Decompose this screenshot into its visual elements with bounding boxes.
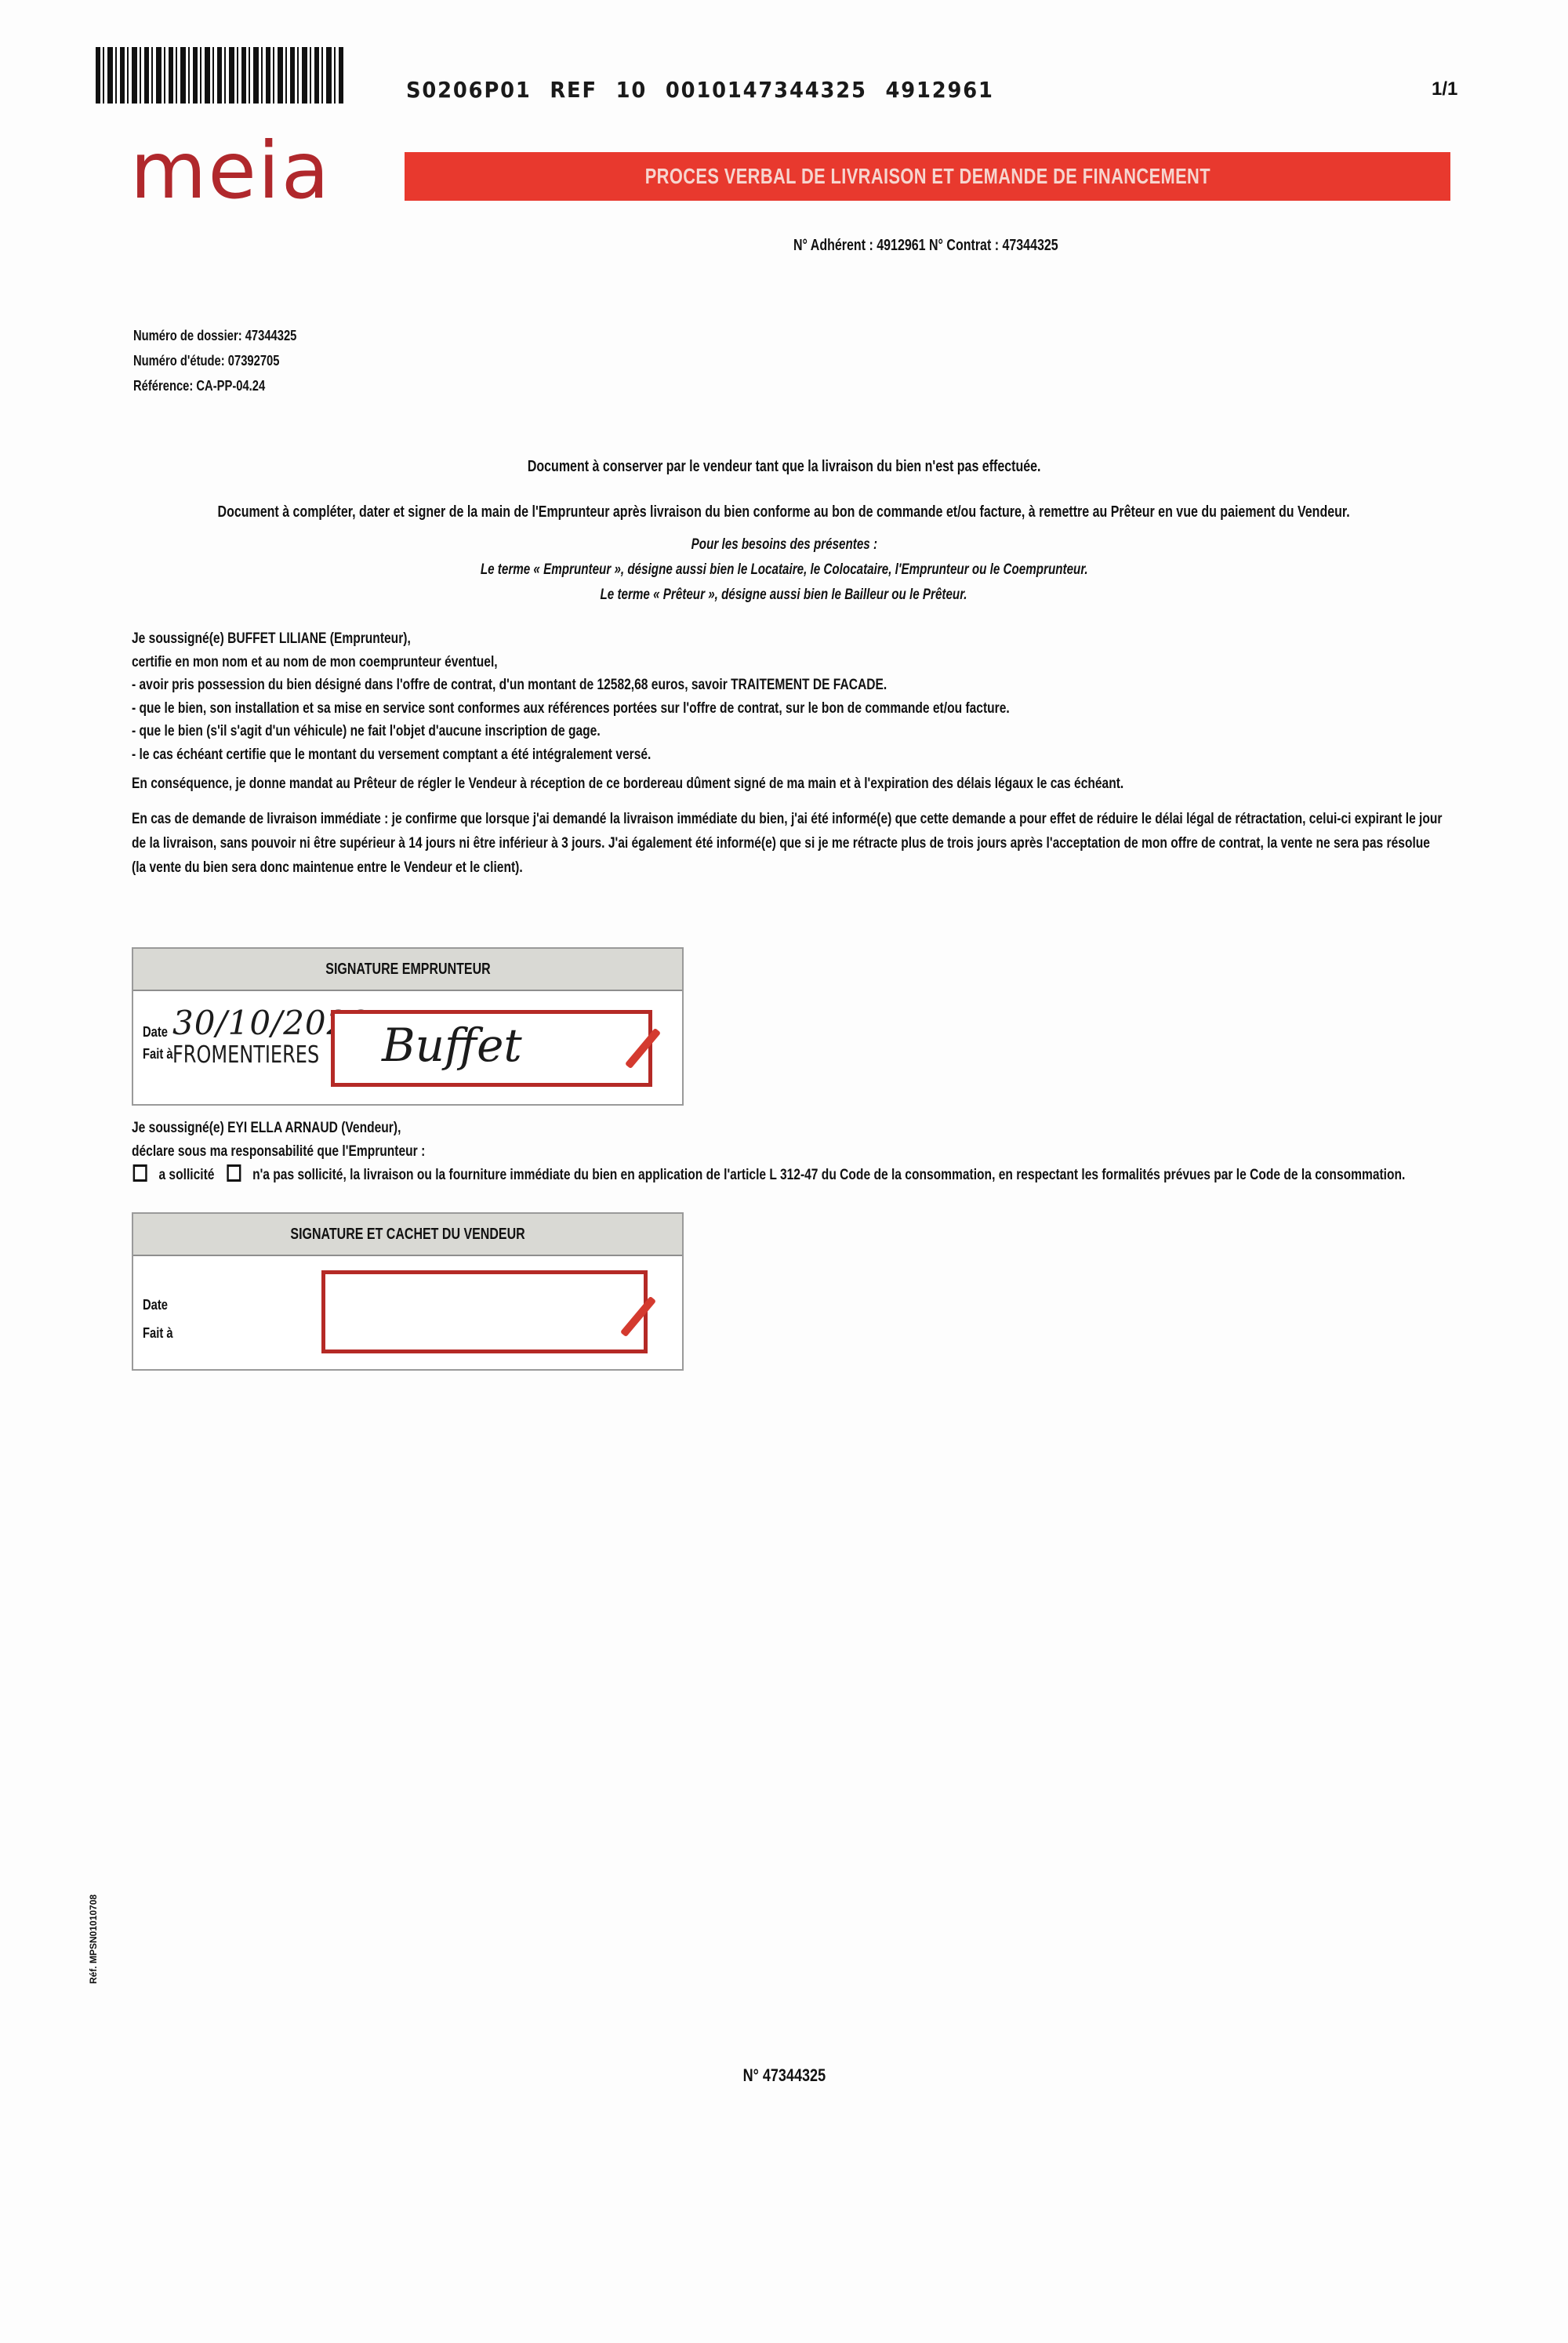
instruction-keep-text: Document à conserver par le vendeur tant… xyxy=(528,458,1041,476)
document-title: PROCES VERBAL DE LIVRAISON ET DEMANDE DE… xyxy=(644,164,1210,189)
meia-logo: meia xyxy=(130,132,331,210)
option-not-solicited-label: n'a pas sollicité, la livraison ou la fo… xyxy=(252,1167,1405,1183)
adherent-contract-numbers: N° Adhérent : 4912961 N° Contrat : 47344… xyxy=(793,237,1058,255)
definition-emprunteur: Le terme « Emprunteur », désigne aussi b… xyxy=(0,561,1568,579)
instruction-keep: Document à conserver par le vendeur tant… xyxy=(0,458,1568,476)
checkbox-not-solicited[interactable] xyxy=(227,1164,241,1182)
document-page: S0206P01 REF 10 0010147344325 4912961 1/… xyxy=(0,0,1568,2343)
checkbox-solicited[interactable] xyxy=(133,1164,147,1182)
borrower-signature-box: SIGNATURE EMPRUNTEUR Date Fait à 30/10/2… xyxy=(132,947,684,1106)
instruction-complete-text: Document à compléter, dater et signer de… xyxy=(218,503,1350,521)
reference-line: S0206P01 REF 10 0010147344325 4912961 xyxy=(406,77,994,103)
vendor-signature-title: SIGNATURE ET CACHET DU VENDEUR xyxy=(290,1226,524,1244)
vendor-intro: Je soussigné(e) EYI ELLA ARNAUD (Vendeur… xyxy=(132,1117,1405,1140)
borrower-statement: Je soussigné(e) BUFFET LILIANE (Emprunte… xyxy=(132,627,1327,880)
vendor-signature-labels: Date Fait à xyxy=(143,1291,173,1347)
vendor-statement: Je soussigné(e) EYI ELLA ARNAUD (Vendeur… xyxy=(132,1117,1405,1187)
statement-item: - avoir pris possession du bien désigné … xyxy=(132,674,1327,697)
date-label: Date xyxy=(143,1291,173,1319)
vendor-options: a sollicité n'a pas sollicité, la livrai… xyxy=(132,1164,1405,1187)
vendor-signature-box: SIGNATURE ET CACHET DU VENDEUR Date Fait… xyxy=(132,1212,684,1371)
statement-item: - que le bien, son installation et sa mi… xyxy=(132,697,1327,721)
etude-number: Numéro d'étude: 07392705 xyxy=(133,348,296,373)
side-reference: Réf. MPSN01010708 xyxy=(88,1894,99,1984)
mandate-text: En conséquence, je donne mandat au Prête… xyxy=(132,772,1327,796)
borrower-signature-labels: Date Fait à xyxy=(143,1021,173,1065)
vendor-declare: déclare sous ma responsabilité que l'Emp… xyxy=(132,1140,1405,1164)
reference-code: Référence: CA-PP-04.24 xyxy=(133,373,296,398)
borrower-certify: certifie en mon nom et au nom de mon coe… xyxy=(132,651,1327,674)
borrower-signature-header: SIGNATURE EMPRUNTEUR xyxy=(133,949,682,991)
vendor-signature-field[interactable] xyxy=(321,1270,648,1353)
legal-line: de la livraison, sans pouvoir ni être su… xyxy=(132,831,1327,855)
page-number: 1/1 xyxy=(1432,78,1457,100)
footer-number-text: N° 47344325 xyxy=(742,2065,826,2086)
footer-number: N° 47344325 xyxy=(0,2065,1568,2086)
option-solicited-label: a sollicité xyxy=(158,1167,214,1183)
dossier-number: Numéro de dossier: 47344325 xyxy=(133,323,296,348)
definition-preteur-text: Le terme « Prêteur », désigne aussi bien… xyxy=(601,587,967,604)
statement-item: - le cas échéant certifie que le montant… xyxy=(132,743,1327,767)
instruction-complete: Document à compléter, dater et signer de… xyxy=(0,503,1568,521)
definitions-heading-text: Pour les besoins des présentes : xyxy=(691,536,877,554)
barcode-icon xyxy=(96,47,345,104)
definitions-heading: Pour les besoins des présentes : xyxy=(0,536,1568,554)
place-label: Fait à xyxy=(143,1319,173,1347)
legal-line: En cas de demande de livraison immédiate… xyxy=(132,807,1327,831)
title-banner: PROCES VERBAL DE LIVRAISON ET DEMANDE DE… xyxy=(405,152,1450,201)
borrower-signature-title: SIGNATURE EMPRUNTEUR xyxy=(325,961,490,979)
date-label: Date xyxy=(143,1021,173,1043)
vendor-signature-header: SIGNATURE ET CACHET DU VENDEUR xyxy=(133,1214,682,1256)
borrower-intro: Je soussigné(e) BUFFET LILIANE (Emprunte… xyxy=(132,627,1327,651)
borrower-signature: Buffet xyxy=(382,1019,522,1072)
handwritten-place[interactable]: FROMENTIERES xyxy=(172,1041,319,1069)
legal-line: (la vente du bien sera donc maintenue en… xyxy=(132,855,1327,880)
legal-text: En cas de demande de livraison immédiate… xyxy=(132,807,1327,880)
file-info: Numéro de dossier: 47344325 Numéro d'étu… xyxy=(133,323,296,398)
definition-emprunteur-text: Le terme « Emprunteur », désigne aussi b… xyxy=(481,561,1088,579)
borrower-signature-field[interactable]: Buffet xyxy=(331,1010,652,1087)
place-label: Fait à xyxy=(143,1043,173,1065)
definition-preteur: Le terme « Prêteur », désigne aussi bien… xyxy=(0,587,1568,604)
statement-item: - que le bien (s'il s'agit d'un véhicule… xyxy=(132,720,1327,743)
